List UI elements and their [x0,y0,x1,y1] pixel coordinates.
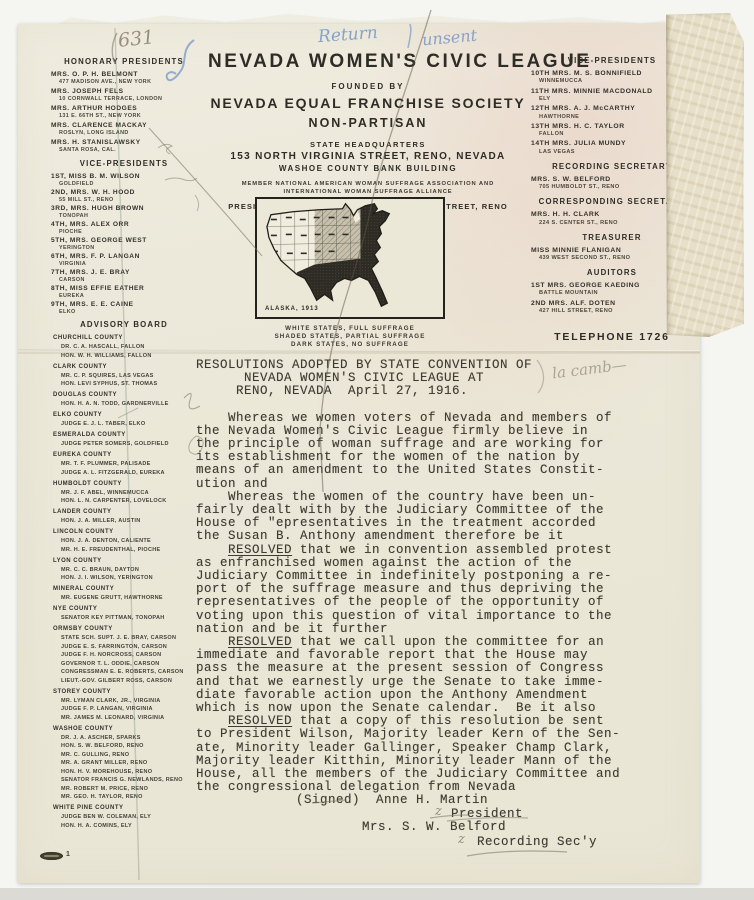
officer-address: 477 MADISON AVE., NEW YORK [59,79,200,86]
typewritten-line: and that we earnestly urge the Senate to… [196,676,656,689]
county-member: JUDGE E. J. L. TABER, ELKO [61,420,200,429]
county-member: JUDGE F. H. NORCROSS, CARSON [61,651,200,660]
county-member: HON. H. A. N. TODD, GARDNERVILLE [61,400,200,409]
county-member: JUDGE PETER SOMERS, GOLDFIELD [61,440,200,449]
resolution-paragraphs: Whereas we women voters of Nevada and me… [196,412,656,795]
county-member: MR. T. F. PLUMMER, PALISADE [61,460,200,469]
county-members: JUDGE PETER SOMERS, GOLDFIELD [48,440,200,449]
founded-by-label: FOUNDED BY [208,82,528,91]
county-member: STATE SCH. SUPT. J. E. BRAY, CARSON [61,634,200,643]
county-member: JUDGE E. S. FARRINGTON, CARSON [61,643,200,652]
officer-entry: 7TH, MRS. J. E. BRAY CARSON [48,269,200,284]
signer-title-recording-secy: Recording Sec'y [477,835,597,849]
officer-address: VIRGINIA [59,261,200,268]
letter-paper: HONORARY PRESIDENTS MRS. O. P. H. BELMON… [18,24,700,883]
county-member: DR. C. A. HASCALL, FALLON [61,343,200,352]
officer-address: EUREKA [59,293,200,300]
typewritten-line: ate, Minority leader Gallinger, Speaker … [196,742,656,755]
county-members: MR. J. F. ABEL, WINNEMUCCA HON. L. N. CA… [48,489,200,506]
county-name: ESMERALDA COUNTY [53,431,200,440]
officer-entry: MRS. JOSEPH FELS 10 CORNWALL TERRACE, LO… [48,88,200,103]
county-members: HON. J. A. MILLER, AUSTIN [48,517,200,526]
county-name: MINERAL COUNTY [53,585,200,594]
pencil-z-mark-2: z [458,832,465,847]
advisory-county-group: MINERAL COUNTY MR. EUGENE GRUTT, HAWTHOR… [48,585,200,603]
county-members: MR. T. F. PLUMMER, PALISADE JUDGE A. L. … [48,460,200,477]
county-members: JUDGE E. J. L. TABER, ELKO [48,420,200,429]
officer-name: 9TH, MRS. E. E. CAINE [51,301,200,309]
county-name: STOREY COUNTY [53,688,200,697]
county-member: CONGRESSMAN E. E. ROBERTS, CARSON [61,668,200,677]
county-member: MR. A. GRANT MILLER, RENO [61,759,200,768]
officer-name: MRS. H. STANISLAWSKY [51,139,200,147]
signed-line: (Signed) Anne H. Martin [296,793,488,807]
officer-entry: MRS. ARTHUR HODGES 131 E. 66TH ST., NEW … [48,105,200,120]
county-member: MR. EUGENE GRUTT, HAWTHORNE [61,594,200,603]
advisory-county-group: STOREY COUNTY MR. LYMAN CLARK, JR., VIRG… [48,688,200,723]
advisory-board-heading: ADVISORY BOARD [48,320,200,330]
headquarters-address: 153 NORTH VIRGINIA STREET, RENO, NEVADA [208,151,528,162]
advisory-county-group: WASHOE COUNTY DR. J. A. ASCHER, SPARKS H… [48,725,200,802]
advisory-county-group: EUREKA COUNTY MR. T. F. PLUMMER, PALISAD… [48,451,200,477]
advisory-county-group: ORMSBY COUNTY STATE SCH. SUPT. J. E. BRA… [48,625,200,685]
typewritten-line: RESOLVED that we in convention assembled… [196,544,656,557]
officer-name: 4TH, MRS. ALEX ORR [51,221,200,229]
officer-name: 8TH, MISS EFFIE EATHER [51,285,200,293]
county-member: GOVERNOR T. L. ODDIE, CARSON [61,660,200,669]
membership-line-2: INTERNATIONAL WOMAN SUFFRAGE ALLIANCE [208,189,528,195]
county-member: JUDGE BEN W. COLEMAN, ELY [61,813,200,822]
vice-presidents-heading: VICE-PRESIDENTS [48,159,200,169]
county-member: HON. W. H. WILLIAMS, FALLON [61,352,200,361]
union-label-icon [40,852,63,860]
county-member: MR. ROBERT M. PRICE, RENO [61,785,200,794]
advisory-county-group: CHURCHILL COUNTY DR. C. A. HASCALL, FALL… [48,334,200,360]
officer-name: 1ST, MISS B. M. WILSON [51,173,200,181]
county-member: HON. J. I. WILSON, YERINGTON [61,574,200,583]
officer-entry: 5TH, MRS. GEORGE WEST YERINGTON [48,237,200,252]
honorary-presidents-heading: HONORARY PRESIDENTS [48,57,200,67]
membership-line-1: MEMBER NATIONAL AMERICAN WOMAN SUFFRAGE … [208,181,528,187]
folded-paper-flap [666,13,744,337]
headquarters-building: WASHOE COUNTY BANK BUILDING [208,164,528,173]
county-member: DR. J. A. ASCHER, SPARKS [61,734,200,743]
county-members: HON. J. A. DENTON, CALIENTE MR. H. E. FR… [48,537,200,554]
officer-address: TONOPAH [59,213,200,220]
typewritten-line: to President Wilson, Majority leader Ker… [196,728,656,741]
advisory-county-group: WHITE PINE COUNTY JUDGE BEN W. COLEMAN, … [48,804,200,830]
county-member: SENATOR KEY PITTMAN, TONOPAH [61,614,200,623]
officer-entry: 9TH, MRS. E. E. CAINE ELKO [48,301,200,316]
officer-address: PIOCHE [59,229,200,236]
officer-name: 3RD, MRS. HUGH BROWN [51,205,200,213]
county-name: NYE COUNTY [53,605,200,614]
officer-address: 10 CORNWALL TERRACE, LONDON [59,96,200,103]
officer-address: YERINGTON [59,245,200,252]
typewritten-line: Whereas we women voters of Nevada and me… [196,412,656,425]
advisory-county-group: ELKO COUNTY JUDGE E. J. L. TABER, ELKO [48,411,200,429]
officer-entry: 8TH, MISS EFFIE EATHER EUREKA [48,285,200,300]
county-name: WHITE PINE COUNTY [53,804,200,813]
county-member: MR. C. P. SQUIRES, LAS VEGAS [61,372,200,381]
signer-title-president: President [451,807,523,821]
advisory-county-group: LYON COUNTY MR. C. C. BRAUN, DAYTON HON.… [48,557,200,583]
county-member: HON. H. V. MOREHOUSE, RENO [61,768,200,777]
county-name: LYON COUNTY [53,557,200,566]
county-members: STATE SCH. SUPT. J. E. BRAY, CARSON JUDG… [48,634,200,685]
printers-union-label: 1 [40,851,74,861]
officer-entry: MRS. O. P. H. BELMONT 477 MADISON AVE., … [48,71,200,86]
county-member: LIEUT.-GOV. GILBERT ROSS, CARSON [61,677,200,686]
county-members: DR. J. A. ASCHER, SPARKS HON. S. W. BELF… [48,734,200,802]
officer-entry: 2ND, MRS. W. H. HOOD 55 MILL ST., RENO [48,189,200,204]
resolution-text-block: RESOLUTIONS ADOPTED BY STATE CONVENTION … [196,359,656,795]
county-name: LANDER COUNTY [53,508,200,517]
county-member: JUDGE F. P. LANGAN, VIRGINIA [61,705,200,714]
county-member: HON. J. A. MILLER, AUSTIN [61,517,200,526]
advisory-county-group: LINCOLN COUNTY HON. J. A. DENTON, CALIEN… [48,528,200,554]
resolution-heading: RESOLUTIONS ADOPTED BY STATE CONVENTION … [196,359,656,399]
organization-title: NEVADA WOMEN'S CIVIC LEAGUE [208,51,528,73]
pencil-number-annotation: 631 [117,26,155,52]
officer-address: 55 MILL ST., RENO [59,197,200,204]
county-member: MR. C. C. BRAUN, DAYTON [61,566,200,575]
officer-entry: MRS. H. STANISLAWSKY SANTA ROSA, CAL. [48,139,200,154]
officer-address: ROSLYN, LONG ISLAND [59,130,200,137]
union-label-number: 1 [66,851,70,858]
map-legend-line: WHITE STATES, FULL SUFFRAGE [255,325,445,333]
blue-pencil-note-word2: unsent [421,26,477,50]
headquarters-label: STATE HEADQUARTERS [208,140,528,149]
county-members: MR. EUGENE GRUTT, HAWTHORNE [48,594,200,603]
scanner-background-band [0,888,754,900]
officer-name: 2ND, MRS. W. H. HOOD [51,189,200,197]
county-member: MR. GEO. H. TAYLOR, RENO [61,793,200,802]
officer-address: CARSON [59,277,200,284]
officer-address: 131 E. 66TH ST., NEW YORK [59,113,200,120]
county-member: JUDGE A. L. FITZGERALD, EUREKA [61,469,200,478]
founding-society: NEVADA EQUAL FRANCHISE SOCIETY [208,95,528,111]
county-member: HON. J. A. DENTON, CALIENTE [61,537,200,546]
county-name: CHURCHILL COUNTY [53,334,200,343]
non-partisan-label: NON-PARTISAN [208,116,528,130]
vice-presidents-list: 1ST, MISS B. M. WILSON GOLDFIELD 2ND, MR… [48,173,200,316]
map-legend-line: DARK STATES, NO SUFFRAGE [255,341,445,349]
typewritten-line: representatives of the people of the opp… [196,596,656,609]
alaska-map-label: ALASKA, 1913 [265,306,319,312]
county-name: ORMSBY COUNTY [53,625,200,634]
advisory-county-group: DOUGLAS COUNTY HON. H. A. N. TODD, GARDN… [48,391,200,409]
typewritten-line: voting upon this question of vital impor… [196,610,656,623]
county-name: DOUGLAS COUNTY [53,391,200,400]
map-legend: WHITE STATES, FULL SUFFRAGESHADED STATES… [255,325,445,348]
officer-entry: 3RD, MRS. HUGH BROWN TONOPAH [48,205,200,220]
officer-entry: MRS. CLARENCE MACKAY ROSLYN, LONG ISLAND [48,122,200,137]
us-suffrage-map: ALASKA, 1913 [255,197,445,319]
typewritten-line: means of an amendment to the United Stat… [196,464,656,477]
county-member: MR. H. E. FREUDENTHAL, PIOCHE [61,546,200,555]
county-members: MR. C. P. SQUIRES, LAS VEGAS HON. LEVI S… [48,372,200,389]
advisory-county-group: HUMBOLDT COUNTY MR. J. F. ABEL, WINNEMUC… [48,480,200,506]
officer-entry: 4TH, MRS. ALEX ORR PIOCHE [48,221,200,236]
typewritten-line: pass the measure at the present session … [196,662,656,675]
officer-name: 7TH, MRS. J. E. BRAY [51,269,200,277]
signer-name-belford: Mrs. S. W. Belford [362,820,506,834]
heading-line: RENO, NEVADA April 27, 1916. [196,385,656,398]
county-member: MR. JAMES M. LEONARD, VIRGINIA [61,714,200,723]
letterhead-masthead: NEVADA WOMEN'S CIVIC LEAGUE FOUNDED BY N… [208,51,528,211]
officer-address: ELKO [59,309,200,316]
county-members: HON. H. A. N. TODD, GARDNERVILLE [48,400,200,409]
advisory-county-group: LANDER COUNTY HON. J. A. MILLER, AUSTIN [48,508,200,526]
honorary-presidents-list: MRS. O. P. H. BELMONT 477 MADISON AVE., … [48,71,200,154]
officer-name: MRS. CLARENCE MACKAY [51,122,200,130]
county-member: HON. LEVI SYPHUS, ST. THOMAS [61,380,200,389]
county-member: HON. L. N. CARPENTER, LOVELOCK [61,497,200,506]
us-map-graphic [257,199,442,316]
county-members: DR. C. A. HASCALL, FALLON HON. W. H. WIL… [48,343,200,360]
county-member: SENATOR FRANCIS G. NEWLANDS, RENO [61,776,200,785]
county-member: MR. LYMAN CLARK, JR., VIRGINIA [61,697,200,706]
county-member: MR. J. F. ABEL, WINNEMUCCA [61,489,200,498]
officer-name: 5TH, MRS. GEORGE WEST [51,237,200,245]
blue-pencil-note-word1: Return [317,24,378,47]
county-member: HON. S. W. BELFORD, RENO [61,742,200,751]
officer-name: MRS. ARTHUR HODGES [51,105,200,113]
map-legend-line: SHADED STATES, PARTIAL SUFFRAGE [255,333,445,341]
officer-name: MRS. JOSEPH FELS [51,88,200,96]
county-name: WASHOE COUNTY [53,725,200,734]
advisory-county-group: NYE COUNTY SENATOR KEY PITTMAN, TONOPAH [48,605,200,623]
county-member: HON. H. A. COMINS, ELY [61,822,200,831]
left-officer-column: HONORARY PRESIDENTS MRS. O. P. H. BELMON… [48,57,200,830]
officer-address: GOLDFIELD [59,181,200,188]
officer-address: SANTA ROSA, CAL. [59,147,200,154]
officer-name: 6TH, MRS. F. P. LANGAN [51,253,200,261]
county-name: EUREKA COUNTY [53,451,200,460]
county-member: MR. C. GULLING, RENO [61,751,200,760]
officer-entry: 6TH, MRS. F. P. LANGAN VIRGINIA [48,253,200,268]
scanned-letter-document: HONORARY PRESIDENTS MRS. O. P. H. BELMON… [0,0,754,900]
advisory-county-group: ESMERALDA COUNTY JUDGE PETER SOMERS, GOL… [48,431,200,449]
county-members: SENATOR KEY PITTMAN, TONOPAH [48,614,200,623]
officer-name: MRS. O. P. H. BELMONT [51,71,200,79]
county-name: ELKO COUNTY [53,411,200,420]
county-name: CLARK COUNTY [53,363,200,372]
county-name: HUMBOLDT COUNTY [53,480,200,489]
county-name: LINCOLN COUNTY [53,528,200,537]
county-members: JUDGE BEN W. COLEMAN, ELY HON. H. A. COM… [48,813,200,830]
officer-entry: 1ST, MISS B. M. WILSON GOLDFIELD [48,173,200,188]
county-members: MR. C. C. BRAUN, DAYTON HON. J. I. WILSO… [48,566,200,583]
advisory-board-list: CHURCHILL COUNTY DR. C. A. HASCALL, FALL… [48,334,200,830]
advisory-county-group: CLARK COUNTY MR. C. P. SQUIRES, LAS VEGA… [48,363,200,389]
typewritten-line: ution and [196,478,656,491]
county-members: MR. LYMAN CLARK, JR., VIRGINIA JUDGE F. … [48,697,200,723]
